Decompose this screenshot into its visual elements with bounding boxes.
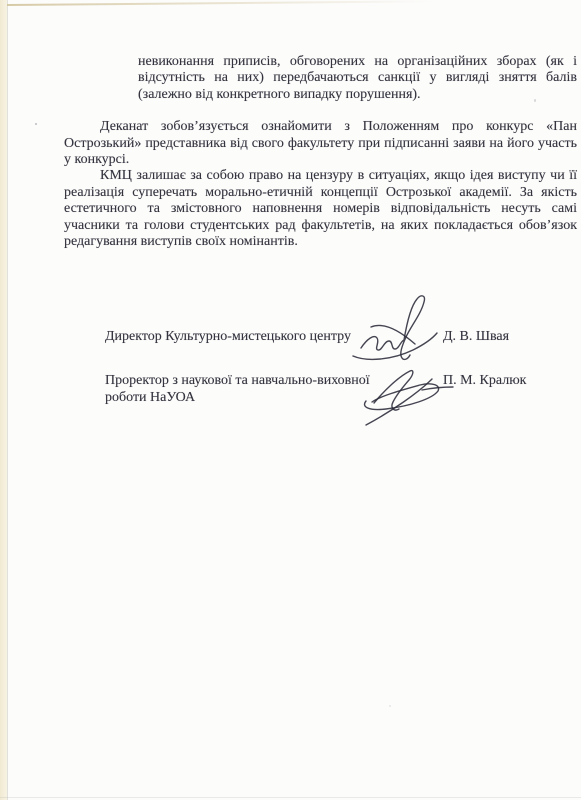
scanned-document-page: невиконання приписів, обговорених на орг… (0, 0, 581, 800)
document-body: невиконання приписів, обговорених на орг… (64, 54, 577, 250)
signature-row-prorector: Проректор з наукової та навчально-виховн… (64, 364, 577, 436)
paragraph-dekanat: Деканат зобов’язується ознайомити з Поло… (64, 119, 577, 168)
scan-bottom-edge (0, 797, 581, 798)
scan-speck (389, 705, 391, 707)
handwritten-signature-shvaya (347, 292, 439, 369)
scan-left-edge (0, 0, 7, 800)
handwritten-signature-kralyuk (352, 365, 454, 434)
signatory-name: П. М. Кралюк (443, 373, 526, 389)
signatory-title: Директор Культурно-мистецького центру (105, 328, 385, 345)
scan-speck (35, 123, 37, 125)
signatory-name: Д. В. Швая (443, 329, 509, 345)
signature-row-director: Директор Культурно-мистецького центру Д.… (64, 290, 577, 370)
scan-top-page-edge (7, 0, 437, 6)
clause-continuation-text: невиконання приписів, обговорених на орг… (138, 54, 577, 103)
scan-left-edge-shadow (7, 0, 8, 800)
paragraph-kmc-censorship: КМЦ залишає за собою право на цензуру в … (64, 168, 577, 250)
